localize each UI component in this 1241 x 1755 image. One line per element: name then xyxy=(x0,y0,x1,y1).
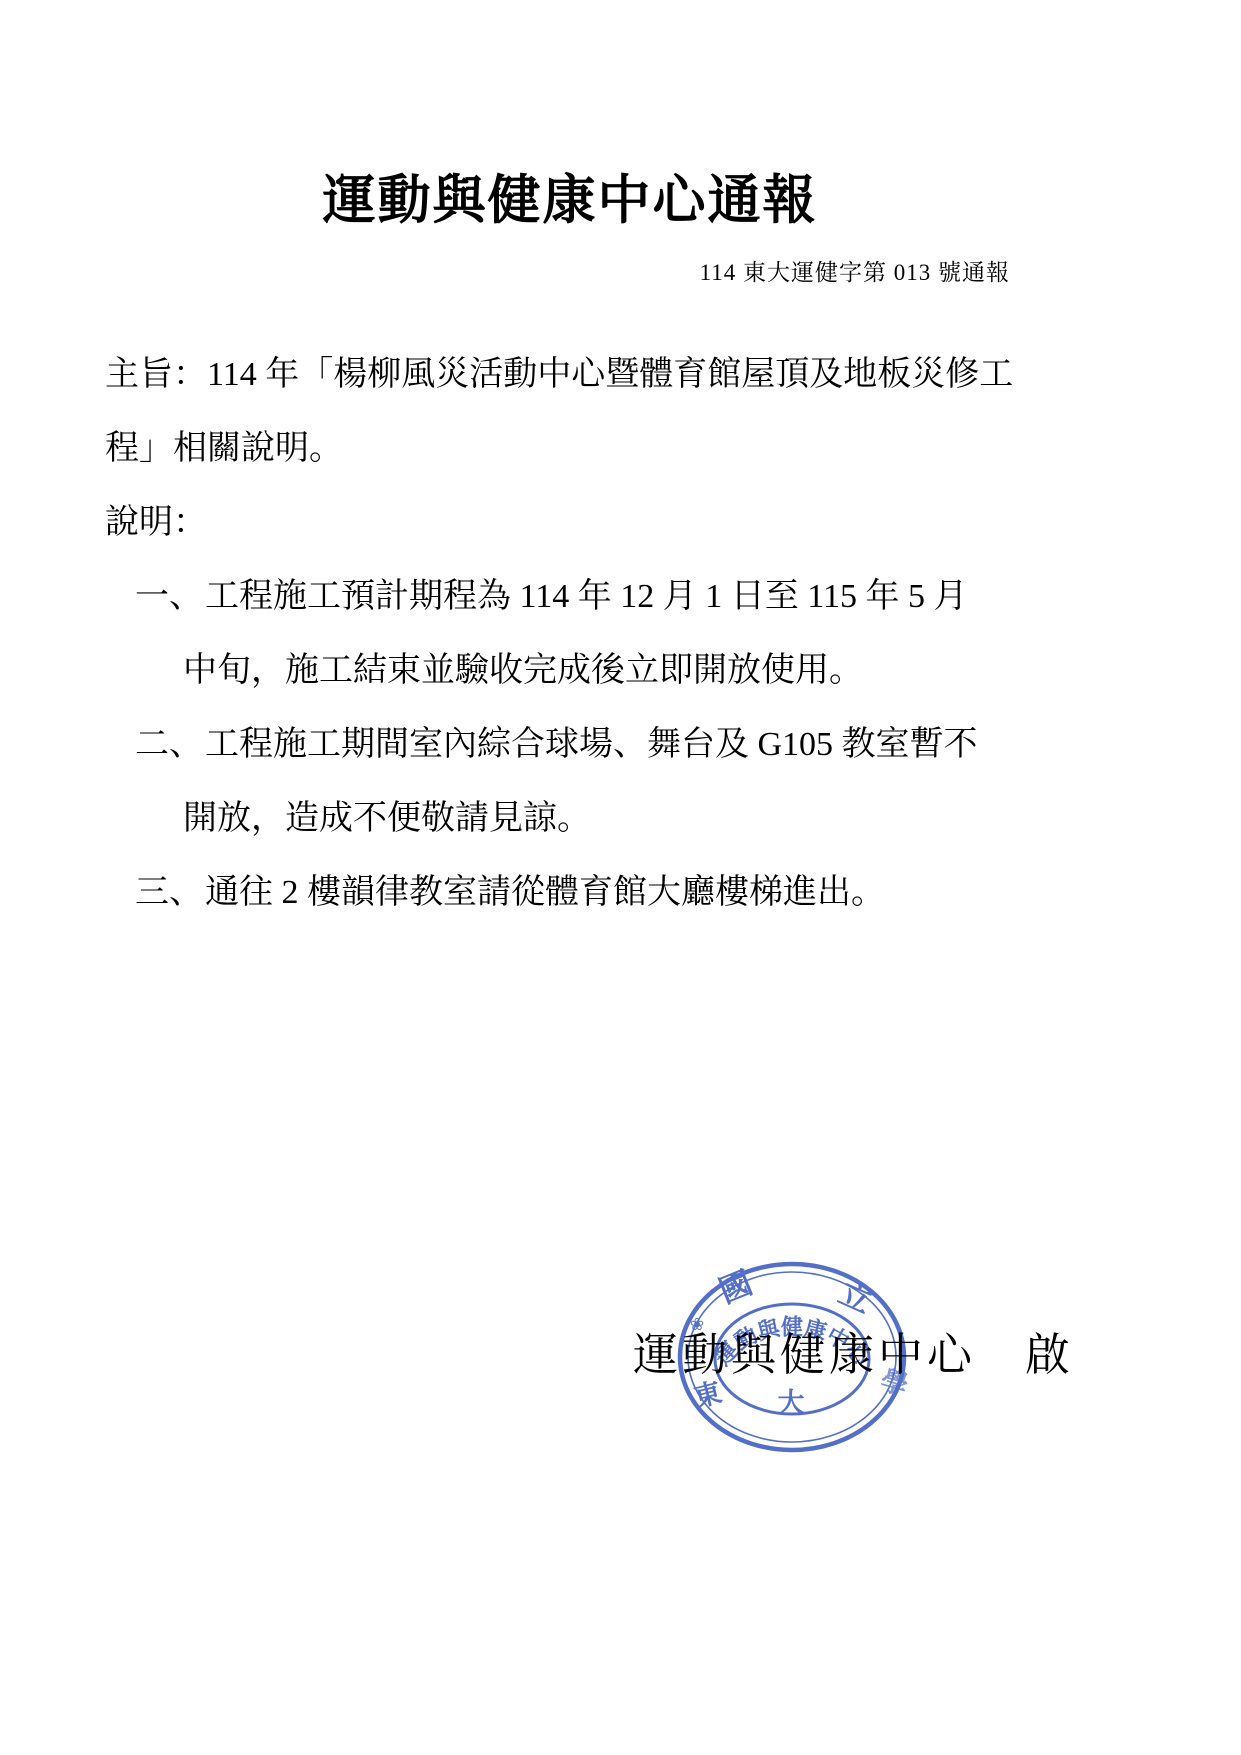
list-item-3-marker: 三、 xyxy=(135,856,205,930)
list-item-2-marker: 二、 xyxy=(135,708,205,782)
list-item-3-line-1: 三、通往 2 樓韻律教室請從體育館大廳樓梯進出。 xyxy=(135,856,1165,930)
document-number: 114 東大運健字第 013 號通報 xyxy=(700,254,1010,287)
list-item-2-line-2: 開放，造成不便敬請見諒。 xyxy=(183,782,1165,856)
notice-document-page: 運動與健康中心通報 114 東大運健字第 013 號通報 主旨：114 年「楊柳… xyxy=(0,0,1241,1755)
list-item-2-line-1: 二、工程施工期間室內綜合球場、舞台及 G105 教室暫不 xyxy=(135,708,1165,782)
list-item-1-line-2: 中旬，施工結束並驗收完成後立即開放使用。 xyxy=(183,634,1165,708)
list-item-1-line-1: 一、工程施工預計期程為 114 年 12 月 1 日至 115 年 5 月 xyxy=(135,560,1165,634)
signature-line: 運動與健康中心 啟 xyxy=(633,1318,1074,1383)
subject-line-1: 主旨：114 年「楊柳風災活動中心暨體育館屋頂及地板災修工 xyxy=(105,338,1165,412)
list-item-3-text: 通往 2 樓韻律教室請從體育館大廳樓梯進出。 xyxy=(205,874,885,911)
notice-body: 主旨：114 年「楊柳風災活動中心暨體育館屋頂及地板災修工 程」相關說明。 說明… xyxy=(105,338,1165,930)
list-item-1-text: 工程施工預計期程為 114 年 12 月 1 日至 115 年 5 月 xyxy=(205,578,967,615)
subject-line-2: 程」相關說明。 xyxy=(105,412,1165,486)
list-item-2-text: 工程施工期間室內綜合球場、舞台及 G105 教室暫不 xyxy=(205,726,978,763)
page-title: 運動與健康中心通報 xyxy=(105,158,1035,234)
list-item-1-marker: 一、 xyxy=(135,560,205,634)
explanation-label: 說明： xyxy=(105,486,1165,560)
stamp-char-da: 大 xyxy=(778,1388,805,1418)
